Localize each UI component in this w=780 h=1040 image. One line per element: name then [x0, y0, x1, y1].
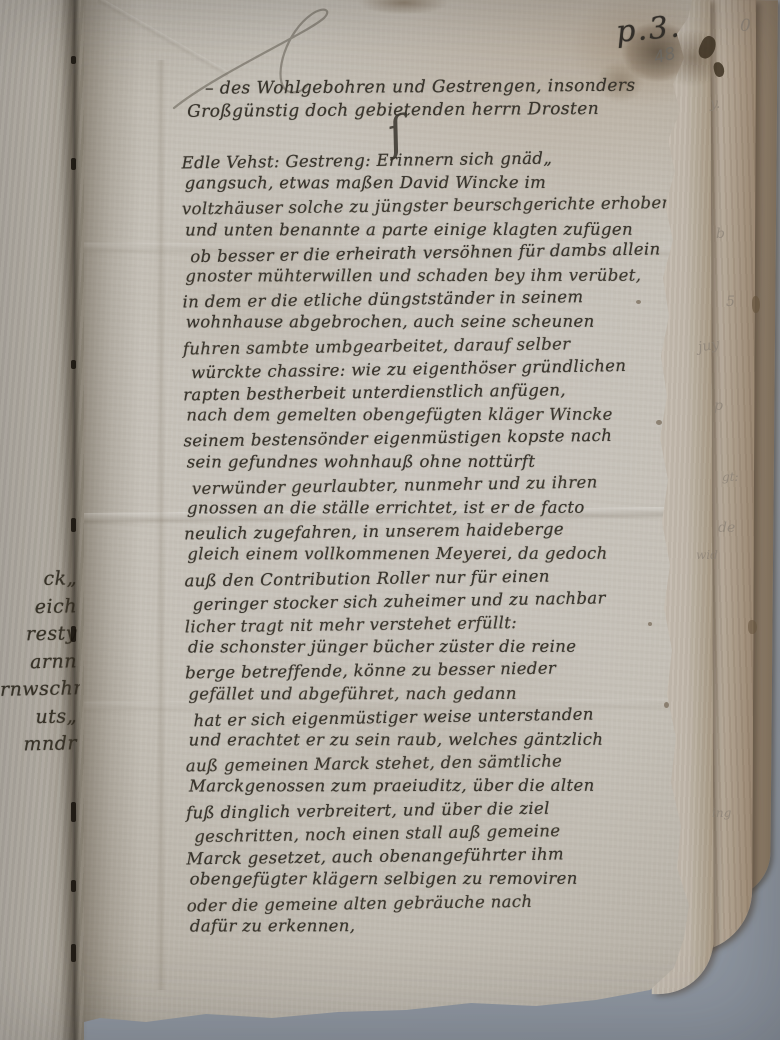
handwritten-line: dafür zu erkennen, [190, 913, 712, 937]
stitch-mark [71, 880, 76, 892]
underpage-fragment: b [716, 226, 725, 242]
underpage-fragment: de [718, 520, 735, 536]
stitch-mark [71, 158, 76, 170]
underpage-fragment: p [714, 398, 723, 414]
stitch-mark [71, 802, 76, 822]
heading-line: Großgünstig doch gebietenden herrn Drost… [187, 97, 703, 124]
underpage-fragment: juy [697, 336, 721, 355]
photo-canvas: 0y.b5juypgt:dewiding p.3. 48 – des Wohlg… [0, 0, 780, 1040]
underpage-fragment: y. [710, 96, 721, 112]
handwritten-line: Marckgenossen zum praeiuditz, über die a… [189, 774, 711, 798]
handwritten-line: seinem bestensönder eigenmüstigen kopste… [183, 423, 705, 453]
handwritten-line: berge betreffende, könne zu besser niede… [185, 655, 707, 685]
underpage-fragment: gt: [722, 470, 739, 484]
stitch-mark [71, 944, 76, 962]
body-lines: Edle Vehst: Gestreng: Erinnern sich gnäd… [182, 146, 709, 939]
underpage-fragment: wid [696, 548, 718, 562]
stitch-mark [71, 360, 76, 369]
stitch-mark [71, 56, 76, 64]
handwritten-line: obengefügter klägern selbigen zu removir… [190, 867, 712, 891]
handwritten-line: wohnhause abgebrochen, auch seine scheun… [186, 310, 708, 334]
stitch-mark [71, 518, 76, 532]
handwritten-text-block: – des Wohlgebohren und Gestrengen, inson… [181, 74, 709, 939]
heading-line: – des Wohlgebohren und Gestrengen, inson… [205, 74, 703, 100]
handwritten-line: voltzhäuser solche zu jüngster beurschge… [182, 191, 704, 221]
underpage-fragment: ing [712, 806, 731, 820]
handwritten-line: gleich einem vollkommenen Meyerei, da ge… [187, 542, 709, 566]
underpage-fragment: 5 [726, 294, 735, 310]
underpage-fragment: 0 [740, 16, 751, 36]
stitch-mark [71, 626, 76, 642]
paper-crease-vertical [156, 60, 166, 990]
handwritten-line: oder die gemeine alten gebräuche nach [187, 887, 709, 917]
binding-gutter [60, 0, 88, 1040]
heading-lines: – des Wohlgebohren und Gestrengen, inson… [181, 74, 703, 124]
manuscript-page: p.3. 48 – des Wohlgebohren und Gestrenge… [76, 0, 708, 1028]
